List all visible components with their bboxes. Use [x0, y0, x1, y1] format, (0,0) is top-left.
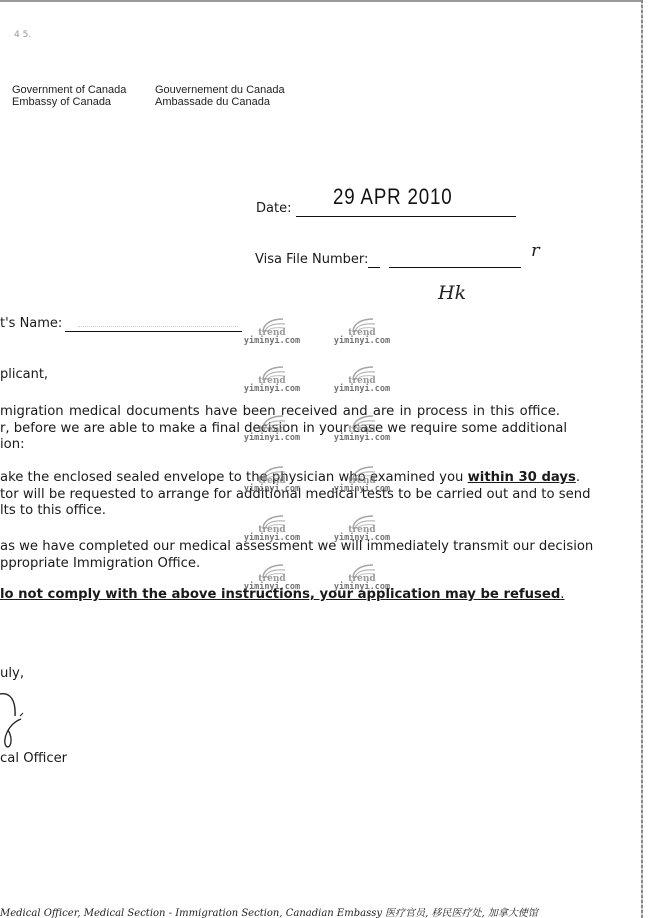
watermark-logo: trendyiminyi.com: [330, 415, 394, 443]
salutation: plicant,: [0, 367, 48, 382]
visa-file-label: Visa File Number:: [255, 252, 368, 267]
redacted-name: [78, 318, 238, 327]
footer-caption: Medical Officer, Medical Section - Immig…: [0, 904, 538, 918]
watermark-logo: trendyiminyi.com: [240, 415, 304, 443]
watermark-logo: trendyiminyi.com: [240, 466, 304, 494]
letterhead-line: Gouvernement du Canada: [155, 84, 285, 96]
letterhead-line: Ambassade du Canada: [155, 96, 285, 108]
visa-file-underline-short: [368, 267, 380, 268]
closing: uly,: [0, 666, 24, 681]
watermark-logo: trendyiminyi.com: [240, 366, 304, 394]
handwritten-mark: r: [531, 240, 540, 261]
visa-file-underline: [389, 267, 521, 268]
signer-title: cal Officer: [0, 751, 67, 766]
date-label: Date:: [256, 201, 291, 216]
date-underline: [296, 216, 516, 217]
letterhead-line: Government of Canada: [12, 84, 126, 96]
applicant-name-label: t's Name:: [0, 316, 62, 331]
watermark-logo: trendyiminyi.com: [330, 466, 394, 494]
signature: [0, 690, 40, 754]
handwritten-note: Hk: [438, 282, 466, 304]
watermark-logo: trendyiminyi.com: [240, 515, 304, 543]
watermark-logo: trendyiminyi.com: [330, 564, 394, 592]
watermark-logo: trendyiminyi.com: [330, 318, 394, 346]
page-right-edge: [641, 0, 643, 918]
watermark-logo: trendyiminyi.com: [330, 515, 394, 543]
letterhead-french: Gouvernement du Canada Ambassade du Cana…: [155, 84, 285, 108]
applicant-name-underline: [65, 331, 242, 332]
page-top-edge: [0, 0, 642, 2]
deadline-emphasis: within 30 days: [468, 470, 576, 485]
watermark-logo: trendyiminyi.com: [240, 564, 304, 592]
scan-mark: 4 5.: [14, 30, 31, 40]
watermark-logo: trendyiminyi.com: [240, 318, 304, 346]
letterhead-english: Government of Canada Embassy of Canada: [12, 84, 126, 108]
date-stamp: 29 APR 2010: [333, 184, 453, 210]
watermark-logo: trendyiminyi.com: [330, 366, 394, 394]
letterhead-line: Embassy of Canada: [12, 96, 126, 108]
